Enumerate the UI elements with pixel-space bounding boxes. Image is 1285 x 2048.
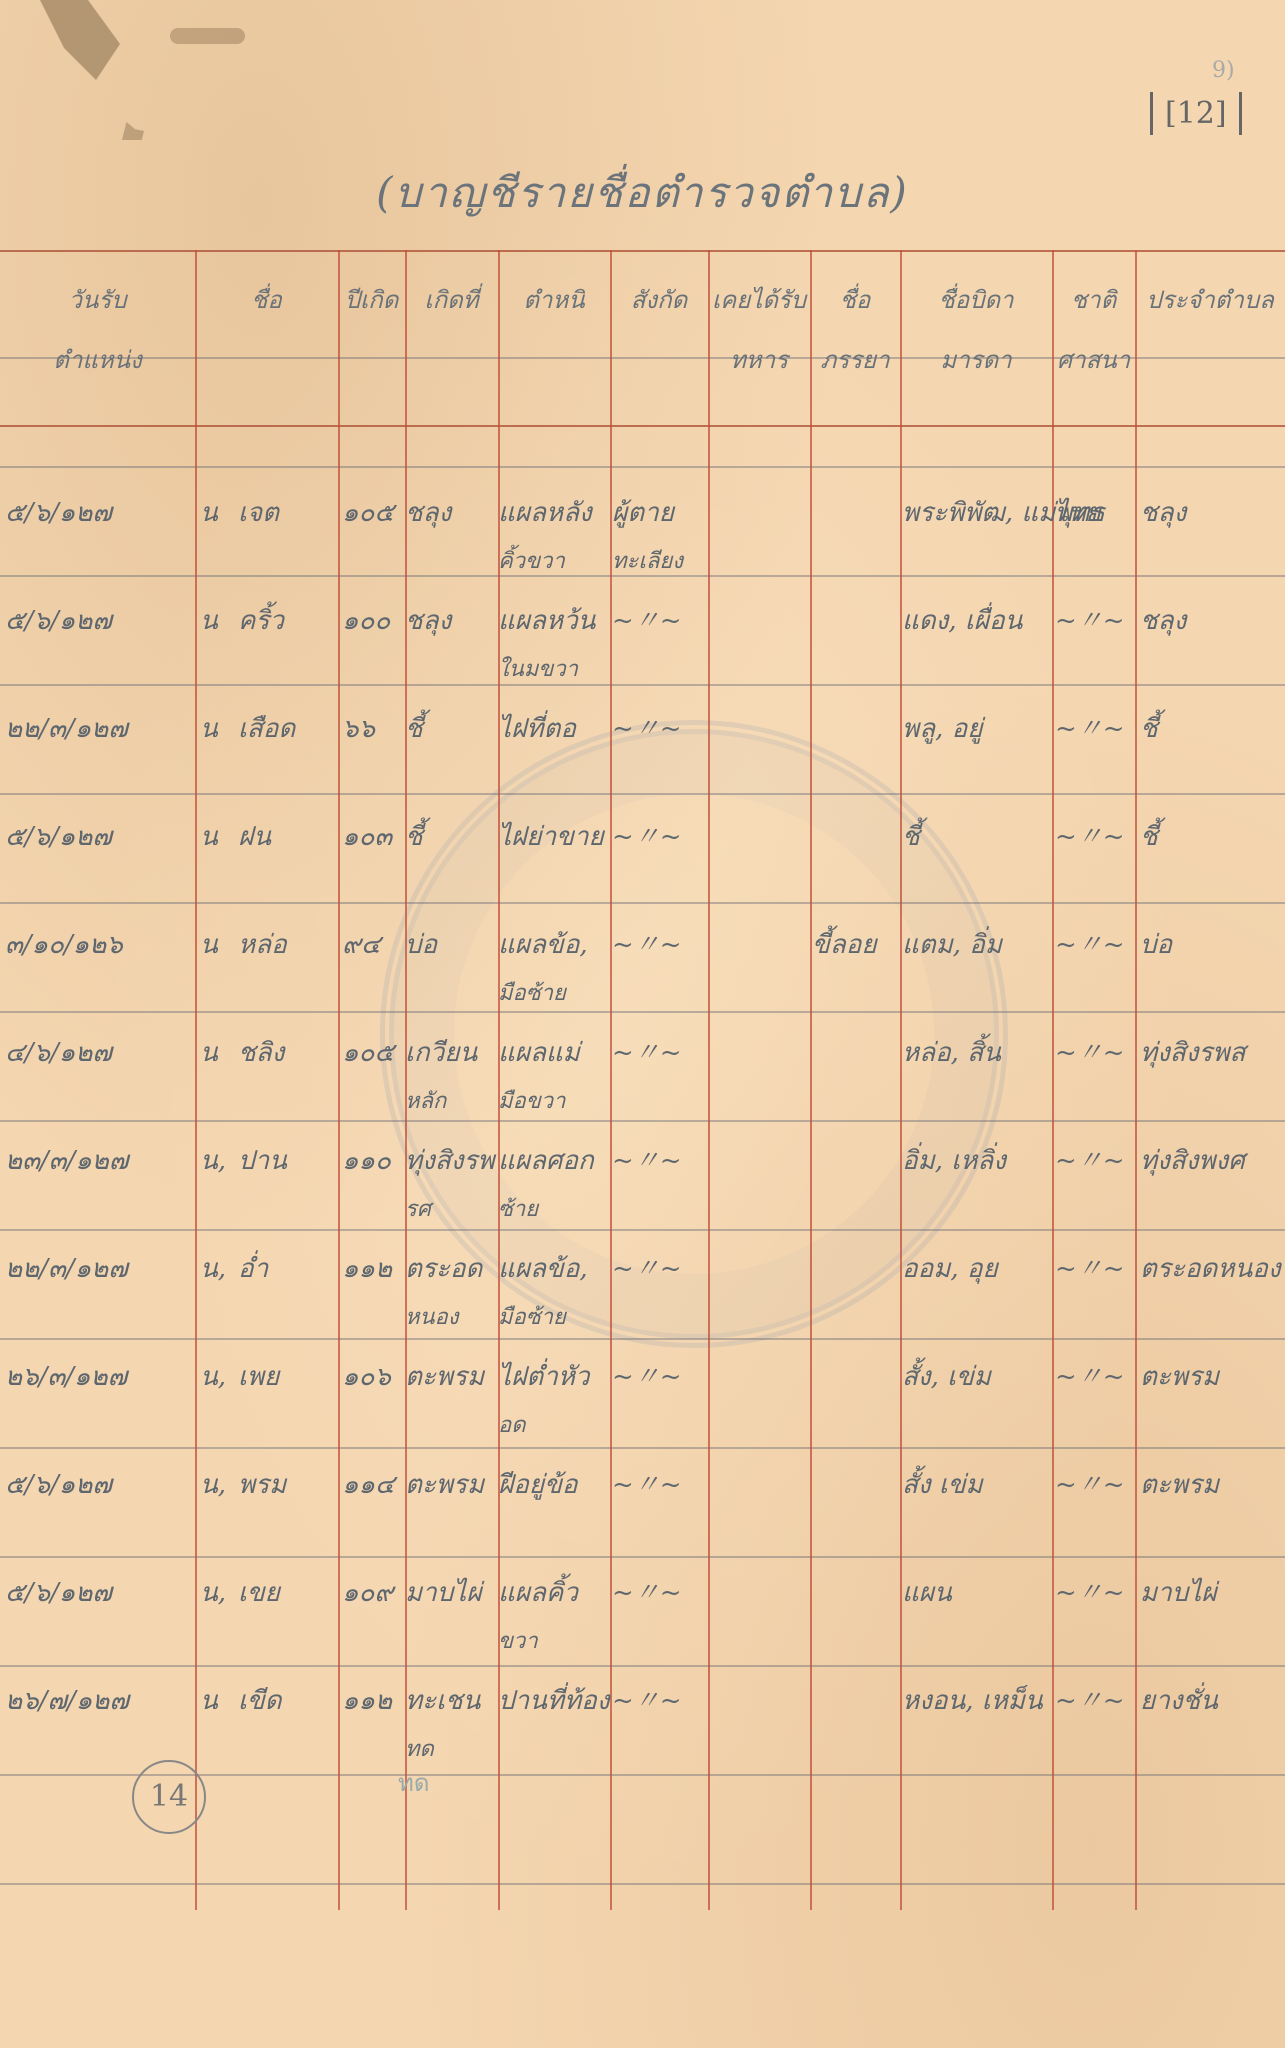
table-row: ๒๒/๓/๑๒๗นเสือด๖๖ชี้ไฝที่ตอ~〃~พลู, อยู่~〃…	[0, 696, 1285, 804]
cell-parents: แตม, อิ่ม	[902, 924, 1002, 965]
header-rule-top	[0, 250, 1285, 252]
table-row: ๕/๖/๑๒๗น,เขย๑๐๙มาบไผ่แผลคิ้วขวา~〃~แผน~〃~…	[0, 1560, 1285, 1668]
cell-religion: ~〃~	[1055, 708, 1125, 745]
cell-parents: แดง, เผื่อน	[902, 600, 1022, 641]
cell-district: บ่อ	[1140, 924, 1172, 965]
cell-rank: น,	[200, 1572, 226, 1613]
cell-rank: น	[200, 1032, 218, 1073]
cell-religion: ~〃~	[1055, 1464, 1125, 1501]
cell-district: มาบไผ่	[1140, 1572, 1217, 1613]
paper-stain	[170, 28, 245, 44]
cell-mark: แผลศอกซ้าย	[498, 1140, 594, 1226]
cell-date: ๒๒/๓/๑๒๗	[5, 1248, 128, 1289]
cell-date: ๔/๖/๑๒๗	[5, 1032, 112, 1073]
cell-rank: น,	[200, 1140, 226, 1181]
cell-birthplace: มาบไผ่	[405, 1572, 482, 1623]
cell-religion: ~〃~	[1055, 600, 1125, 637]
cell-name: เขย	[238, 1572, 280, 1613]
cell-birthplace: ชลุง	[405, 600, 451, 651]
cell-birthplace: เกวียนหลัก	[405, 1032, 477, 1118]
cell-date: ๒๖/๓/๑๒๗	[5, 1356, 127, 1397]
cell-unit: ~〃~	[612, 708, 682, 755]
footnote-mark: ทด	[398, 1763, 429, 1802]
cell-date: ๕/๖/๑๒๗	[5, 816, 112, 857]
cell-born: ๙๔	[342, 924, 381, 965]
circled-folio-number: 14	[132, 1760, 206, 1834]
cell-unit: ~〃~	[612, 600, 682, 647]
header-religion: ชาติศาสนา	[1052, 270, 1135, 390]
cell-date: ๒๓/๓/๑๒๗	[5, 1140, 128, 1181]
cell-religion: ~〃~	[1055, 1140, 1125, 1177]
cell-date: ๓/๑๐/๑๒๖	[5, 924, 123, 965]
table-row: ๒๖/๓/๑๒๗น,เพย๑๐๖ตะพรมไฝต่ำหัวอด~〃~สั้ง, …	[0, 1344, 1285, 1452]
cell-birthplace: ตระอดหนอง	[405, 1248, 482, 1334]
cell-birthplace: ตะพรม	[405, 1464, 484, 1515]
cell-date: ๕/๖/๑๒๗	[5, 600, 112, 641]
cell-name: เจต	[238, 492, 279, 533]
cell-unit: ~〃~	[612, 1572, 682, 1619]
cell-born: ๑๐๕	[342, 492, 394, 533]
cell-name: ชลิง	[238, 1032, 284, 1073]
cell-mark: ไฝต่ำหัวอด	[498, 1356, 590, 1442]
cell-district: ชลุง	[1140, 600, 1186, 641]
cell-born: ๑๑๒	[342, 1248, 392, 1289]
header-military: เคยได้รับทหาร	[708, 270, 810, 390]
cell-rank: น,	[200, 1356, 226, 1397]
cell-date: ๒๖/๗/๑๒๗	[5, 1680, 129, 1721]
cell-unit: ~〃~	[612, 924, 682, 971]
cell-mark: ไฝที่ตอ	[498, 708, 576, 759]
cell-born: ๖๖	[342, 708, 375, 749]
cell-born: ๑๐๕	[342, 1032, 394, 1073]
cell-born: ๑๐๓	[342, 816, 392, 857]
cell-unit: ~〃~	[612, 1140, 682, 1187]
cell-rank: น	[200, 708, 218, 749]
cell-district: ทุ่งสิงรพส	[1140, 1032, 1245, 1073]
cell-district: ชี้	[1140, 816, 1158, 857]
cell-unit: ~〃~	[612, 1356, 682, 1403]
cell-mark: แผลหลังคิ้วขวา	[498, 492, 592, 578]
header-wife: ชื่อภรรยา	[810, 270, 900, 390]
cell-rank: น	[200, 816, 218, 857]
document-title: (บาญชีรายชื่อตำรวจตำบล)	[0, 160, 1285, 226]
cell-district: ชี้	[1140, 708, 1158, 749]
cell-religion: พุทธ	[1055, 492, 1105, 533]
cell-parents: แผน	[902, 1572, 952, 1613]
cell-parents: ชี้	[902, 816, 920, 857]
header-name: ชื่อ	[195, 270, 338, 330]
cell-religion: ~〃~	[1055, 1356, 1125, 1393]
cell-unit: ผู้ตายทะเลียง	[612, 492, 683, 578]
cell-mark: แผลคิ้วขวา	[498, 1572, 578, 1658]
cell-district: ทุ่งสิงพงศ	[1140, 1140, 1245, 1181]
cell-unit: ~〃~	[612, 1248, 682, 1295]
cell-parents: อิ่ม, เหลิ่ง	[902, 1140, 1006, 1181]
cell-name: เสือด	[238, 708, 295, 749]
cell-date: ๒๒/๓/๑๒๗	[5, 708, 128, 749]
table-row: ๕/๖/๑๒๗นคริ้ว๑๐๐ชลุงแผลหว้นในมขวา~〃~แดง,…	[0, 588, 1285, 696]
cell-date: ๕/๖/๑๒๗	[5, 492, 112, 533]
cell-district: ตระอดหนอง	[1140, 1248, 1281, 1289]
cell-birthplace: ทะเชนทด	[405, 1680, 480, 1766]
cell-district: ยางชั่น	[1140, 1680, 1218, 1721]
header-parents: ชื่อบิดามารดา	[900, 270, 1052, 390]
table-row: ๕/๖/๑๒๗นเจต๑๐๕ชลุงแผลหลังคิ้วขวาผู้ตายทะ…	[0, 480, 1285, 588]
cell-parents: หงอน, เหม็น	[902, 1680, 1043, 1721]
header-date: วันรับตำแหน่ง	[0, 270, 195, 390]
cell-mark: ปานที่ท้อง	[498, 1680, 609, 1731]
cell-name: คริ้ว	[238, 600, 284, 641]
cell-name: หล่อ	[238, 924, 287, 965]
cell-unit: ~〃~	[612, 816, 682, 863]
faint-page-mark: 9)	[1212, 58, 1235, 83]
cell-date: ๕/๖/๑๒๗	[5, 1464, 112, 1505]
table-row: ๕/๖/๑๒๗นฝน๑๐๓ชี้ไฝย่าขาย~〃~ชี้~〃~ชี้	[0, 804, 1285, 912]
cell-born: ๑๐๖	[342, 1356, 391, 1397]
cell-name: พรม	[238, 1464, 286, 1505]
cell-parents: หล่อ, สิ้น	[902, 1032, 1001, 1073]
cell-birthplace: บ่อ	[405, 924, 437, 975]
header-birth-year: ปีเกิด	[338, 270, 405, 330]
table-row: ๒๖/๗/๑๒๗นเขีด๑๑๒ทะเชนทดปานที่ท้อง~〃~หงอน…	[0, 1668, 1285, 1776]
cell-district: ตะพรม	[1140, 1356, 1219, 1397]
cell-name: ฝน	[238, 816, 271, 857]
page-number: [12]	[1150, 92, 1242, 135]
table-row: ๓/๑๐/๑๒๖นหล่อ๙๔บ่อแผลข้อ,มือซ้าย~〃~ขี้ลอ…	[0, 912, 1285, 1020]
table-row: ๔/๖/๑๒๗นชลิง๑๐๕เกวียนหลักแผลแม่มือขวา~〃~…	[0, 1020, 1285, 1128]
cell-district: ชลุง	[1140, 492, 1186, 533]
cell-wife: ขี้ลอย	[812, 924, 877, 965]
cell-birthplace: ทุ่งสิงรพรศ	[405, 1140, 495, 1226]
cell-unit: ~〃~	[612, 1032, 682, 1079]
cell-parents: สั้ง, เข่ม	[902, 1356, 991, 1397]
cell-rank: น	[200, 924, 218, 965]
cell-mark: แผลแม่มือขวา	[498, 1032, 580, 1118]
cell-religion: ~〃~	[1055, 1572, 1125, 1609]
header-birthplace: เกิดที่	[405, 270, 498, 330]
cell-born: ๑๐๙	[342, 1572, 393, 1613]
header-district: ประจำตำบล	[1135, 270, 1285, 330]
cell-birthplace: ตะพรม	[405, 1356, 484, 1407]
header-marks: ตำหนิ	[498, 270, 610, 330]
cell-born: ๑๐๐	[342, 600, 390, 641]
cell-birthplace: ชี้	[405, 708, 423, 759]
cell-date: ๕/๖/๑๒๗	[5, 1572, 112, 1613]
cell-name: ปาน	[238, 1140, 287, 1181]
cell-parents: พลู, อยู่	[902, 708, 982, 749]
table-row: ๒๓/๓/๑๒๗น,ปาน๑๑๐ทุ่งสิงรพรศแผลศอกซ้าย~〃~…	[0, 1128, 1285, 1236]
cell-rank: น	[200, 1680, 218, 1721]
cell-born: ๑๑๔	[342, 1464, 395, 1505]
cell-rank: น	[200, 492, 218, 533]
cell-born: ๑๑๒	[342, 1680, 392, 1721]
cell-mark: แผลหว้นในมขวา	[498, 600, 595, 686]
cell-birthplace: ชี้	[405, 816, 423, 867]
header-unit: สังกัด	[610, 270, 708, 330]
cell-religion: ~〃~	[1055, 1032, 1125, 1069]
cell-religion: ~〃~	[1055, 1680, 1125, 1717]
cell-religion: ~〃~	[1055, 924, 1125, 961]
cell-religion: ~〃~	[1055, 816, 1125, 853]
cell-name: เขีด	[238, 1680, 282, 1721]
cell-parents: ออม, อุย	[902, 1248, 998, 1289]
header-rule-bottom	[0, 425, 1285, 427]
cell-parents: สั้ง เข่ม	[902, 1464, 983, 1505]
cell-rank: น,	[200, 1248, 226, 1289]
cell-mark: ฝีอยู่ข้อ	[498, 1464, 577, 1515]
cell-unit: ~〃~	[612, 1680, 682, 1727]
cell-district: ตะพรม	[1140, 1464, 1219, 1505]
cell-unit: ~〃~	[612, 1464, 682, 1511]
cell-mark: ไฝย่าขาย	[498, 816, 604, 867]
cell-birthplace: ชลุง	[405, 492, 451, 543]
cell-rank: น	[200, 600, 218, 641]
cell-religion: ~〃~	[1055, 1248, 1125, 1285]
table-row: ๕/๖/๑๒๗น,พรม๑๑๔ตะพรมฝีอยู่ข้อ~〃~สั้ง เข่…	[0, 1452, 1285, 1560]
cell-name: เพย	[238, 1356, 279, 1397]
cell-mark: แผลข้อ,มือซ้าย	[498, 1248, 588, 1334]
cell-born: ๑๑๐	[342, 1140, 391, 1181]
table-row: ๒๒/๓/๑๒๗น,อ่ำ๑๑๒ตระอดหนองแผลข้อ,มือซ้าย~…	[0, 1236, 1285, 1344]
cell-rank: น,	[200, 1464, 226, 1505]
cell-name: อ่ำ	[238, 1248, 268, 1289]
cell-mark: แผลข้อ,มือซ้าย	[498, 924, 588, 1010]
